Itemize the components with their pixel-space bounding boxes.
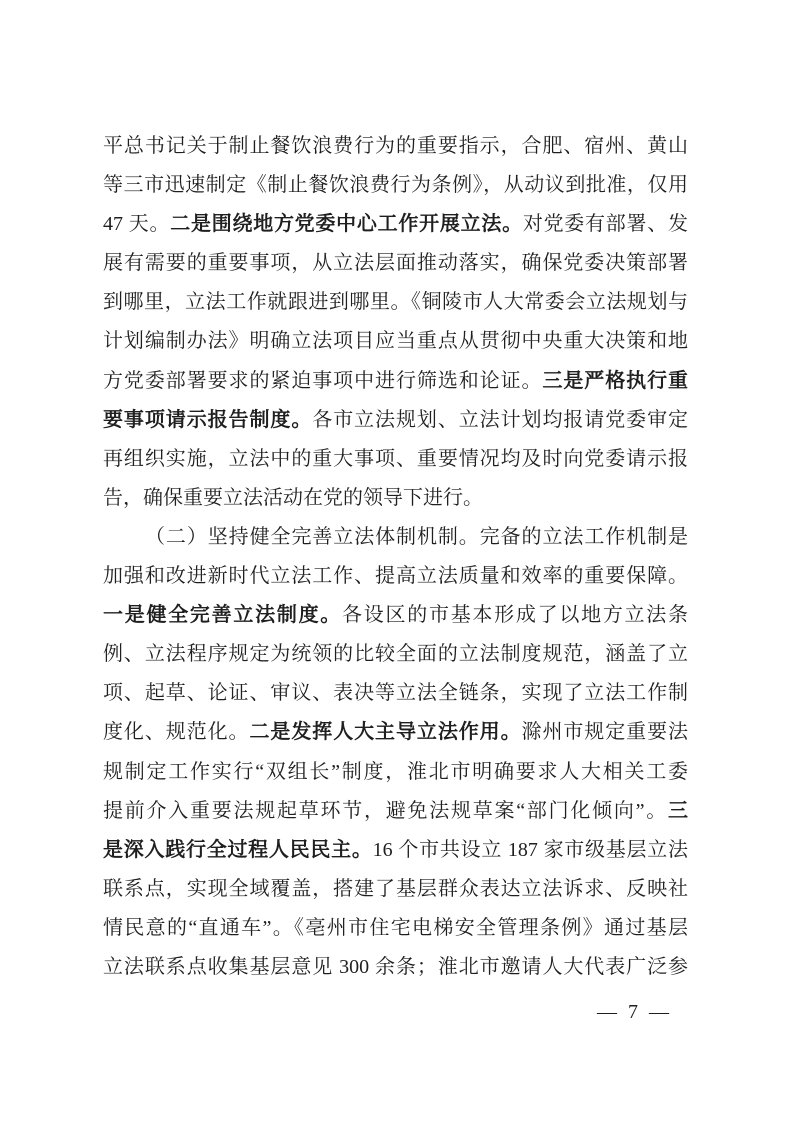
emphasis-run: 一是健全完善立法制度。	[103, 604, 342, 626]
text-run: 滁州市规定重要法	[522, 721, 688, 743]
text-line: （二）坚持健全完善立法体制机制。完备的立法工作机制是	[103, 518, 688, 557]
text-line: 方党委部署要求的紧迫事项中进行筛选和论证。三是严格执行重	[103, 362, 688, 401]
emphasis-run: 三	[668, 800, 688, 822]
text-run: 规制定工作实行“双组长”制度，淮北市明确要求人大相关工委	[103, 761, 688, 783]
text-run: 各设区的市基本形成了以地方立法条	[342, 604, 688, 626]
text-run: 计划编制办法》明确立法项目应当重点从贯彻中央重大决策和地	[103, 330, 688, 352]
text-line: 提前介入重要法规起草环节，避免法规草案“部门化倾向”。三	[103, 792, 688, 831]
text-line: 一是健全完善立法制度。各设区的市基本形成了以地方立法条	[103, 596, 688, 635]
text-run: 47 天。	[103, 213, 170, 235]
text-run: 加强和改进新时代立法工作、提高立法质量和效率的重要保障。	[103, 565, 688, 587]
text-run: 度化、规范化。	[103, 721, 249, 743]
text-run: 情民意的“直通车”。《亳州市住宅电梯安全管理条例》通过基层	[103, 917, 688, 939]
text-run: 再组织实施，立法中的重大事项、重要情况均及时向党委请示报	[103, 448, 688, 470]
text-run: 到哪里，立法工作就跟进到哪里。《铜陵市人大常委会立法规划与	[103, 291, 688, 313]
emphasis-run: 三是严格执行重	[542, 370, 688, 392]
emphasis-run: 是深入践行全过程人民民主。	[103, 839, 373, 861]
text-line: 规制定工作实行“双组长”制度，淮北市明确要求人大相关工委	[103, 753, 688, 792]
emphasis-run: 二是围绕地方党委中心工作开展立法。	[170, 213, 523, 235]
text-run: 对党委有部署、发	[523, 213, 688, 235]
text-line: 展有需要的重要事项，从立法层面推动落实，确保党委决策部署	[103, 244, 688, 283]
text-run: 各市立法规划、立法计划均报请党委审定	[312, 409, 688, 431]
text-line: 项、起草、论证、审议、表决等立法全链条，实现了立法工作制	[103, 674, 688, 713]
text-run: 平总书记关于制止餐饮浪费行为的重要指示，合肥、宿州、黄山	[103, 135, 688, 157]
text-line: 情民意的“直通车”。《亳州市住宅电梯安全管理条例》通过基层	[103, 909, 688, 948]
text-run: 方党委部署要求的紧迫事项中进行筛选和论证。	[103, 370, 542, 392]
text-run: 等三市迅速制定《制止餐饮浪费行为条例》，从动议到批准，仅用	[103, 174, 688, 196]
text-run: 展有需要的重要事项，从立法层面推动落实，确保党委决策部署	[103, 252, 688, 274]
text-line: 立法联系点收集基层意见 300 余条；淮北市邀请人大代表广泛参	[103, 948, 688, 987]
text-line: 到哪里，立法工作就跟进到哪里。《铜陵市人大常委会立法规划与	[103, 283, 688, 322]
text-line: 平总书记关于制止餐饮浪费行为的重要指示，合肥、宿州、黄山	[103, 127, 688, 166]
text-line: 再组织实施，立法中的重大事项、重要情况均及时向党委请示报	[103, 440, 688, 479]
page-number: — 7 —	[597, 999, 670, 1025]
text-run: 告，确保重要立法活动在党的领导下进行。	[103, 487, 483, 509]
text-run: 联系点，实现全域覆盖，搭建了基层群众表达立法诉求、反映社	[103, 878, 688, 900]
text-run: 提前介入重要法规起草环节，避免法规草案“部门化倾向”。	[103, 800, 668, 822]
text-run: 立法联系点收集基层意见 300 余条；淮北市邀请人大代表广泛参	[103, 956, 688, 978]
text-line: 47 天。二是围绕地方党委中心工作开展立法。对党委有部署、发	[103, 205, 688, 244]
text-line: 联系点，实现全域覆盖，搭建了基层群众表达立法诉求、反映社	[103, 870, 688, 909]
emphasis-run: 二是发挥人大主导立法作用。	[249, 721, 521, 743]
text-line: 要事项请示报告制度。各市立法规划、立法计划均报请党委审定	[103, 401, 688, 440]
emphasis-run: 要事项请示报告制度。	[103, 409, 312, 431]
document-body: 平总书记关于制止餐饮浪费行为的重要指示，合肥、宿州、黄山等三市迅速制定《制止餐饮…	[103, 127, 688, 987]
text-run: 项、起草、论证、审议、表决等立法全链条，实现了立法工作制	[103, 682, 688, 704]
text-line: 告，确保重要立法活动在党的领导下进行。	[103, 479, 688, 518]
text-line: 等三市迅速制定《制止餐饮浪费行为条例》，从动议到批准，仅用	[103, 166, 688, 205]
text-run: （二）坚持健全完善立法体制机制。完备的立法工作机制是	[145, 526, 688, 548]
document-page: 平总书记关于制止餐饮浪费行为的重要指示，合肥、宿州、黄山等三市迅速制定《制止餐饮…	[0, 0, 793, 1122]
text-line: 度化、规范化。二是发挥人大主导立法作用。滁州市规定重要法	[103, 713, 688, 752]
text-run: 例、立法程序规定为统领的比较全面的立法制度规范，涵盖了立	[103, 643, 688, 665]
text-line: 加强和改进新时代立法工作、提高立法质量和效率的重要保障。	[103, 557, 688, 596]
text-run: 16 个市共设立 187 家市级基层立法	[373, 839, 688, 861]
text-line: 例、立法程序规定为统领的比较全面的立法制度规范，涵盖了立	[103, 635, 688, 674]
text-line: 计划编制办法》明确立法项目应当重点从贯彻中央重大决策和地	[103, 322, 688, 361]
text-line: 是深入践行全过程人民民主。16 个市共设立 187 家市级基层立法	[103, 831, 688, 870]
